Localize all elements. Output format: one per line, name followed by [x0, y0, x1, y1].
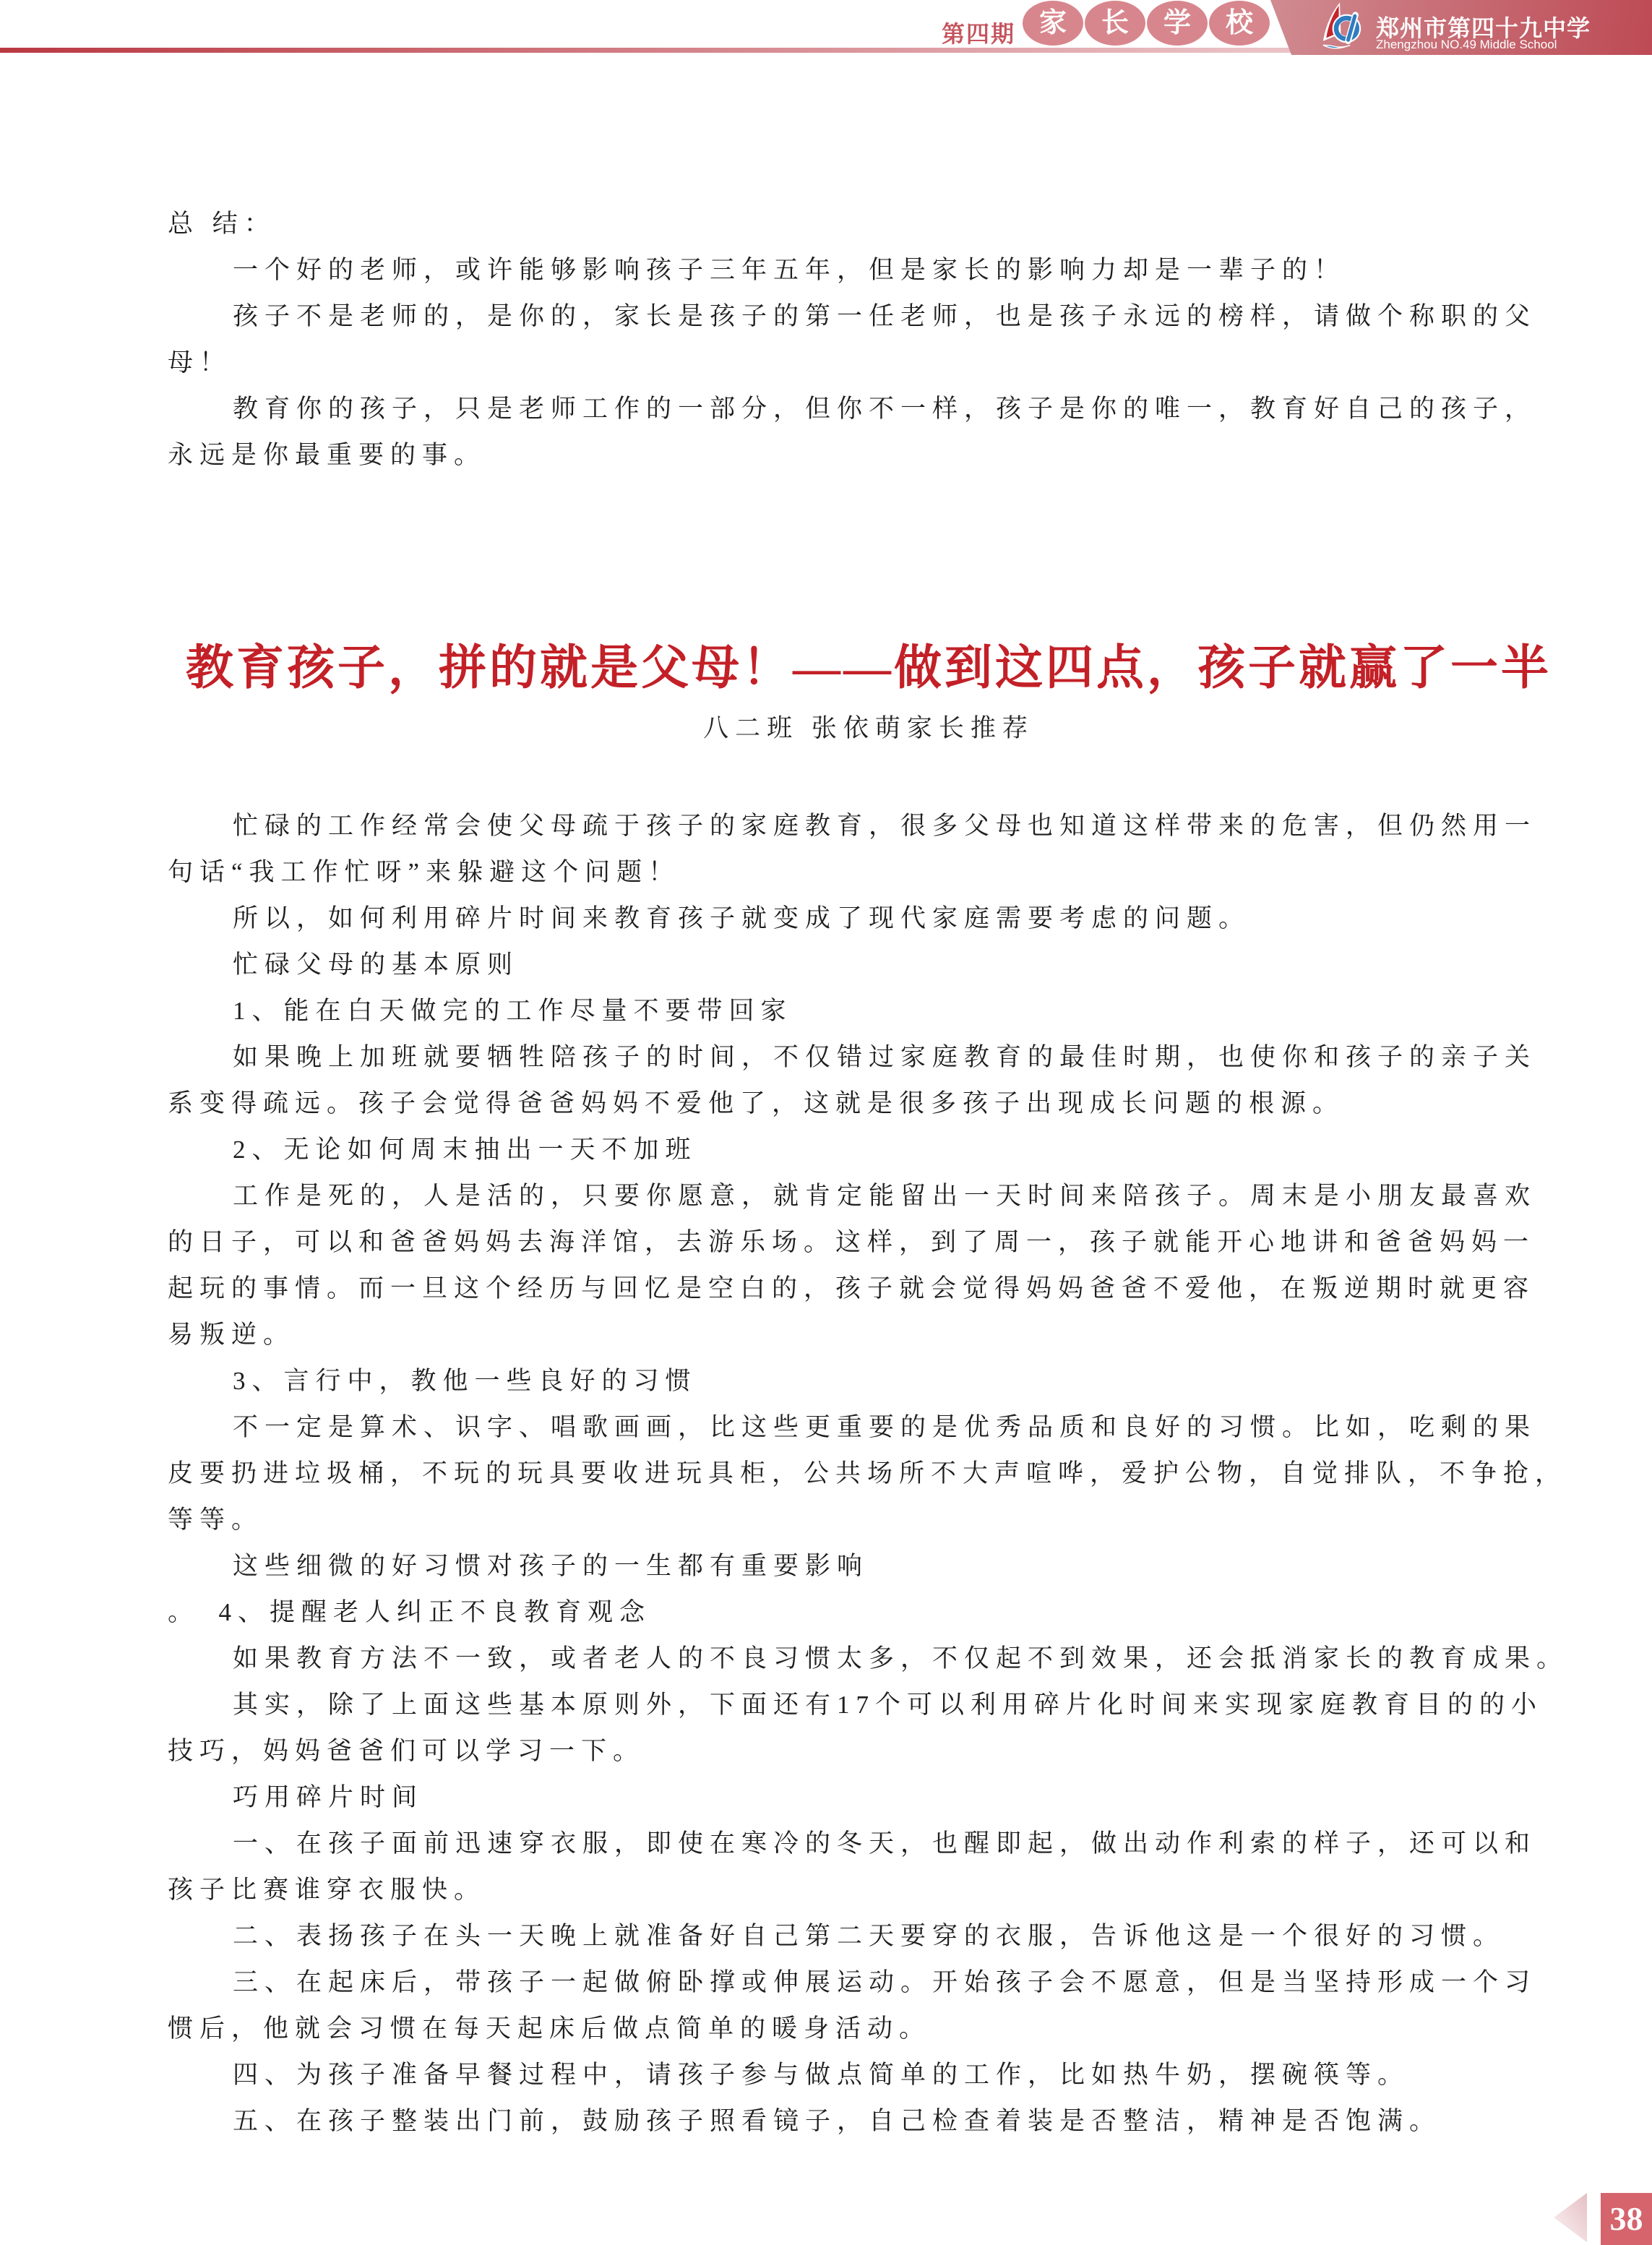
- text-line: 2、无论如何周末抽出一天不加班: [168, 1127, 1570, 1173]
- text-line: 忙碌父母的基本原则: [168, 942, 1570, 988]
- school-name-en: Zhengzhou NO.49 Middle School: [1376, 38, 1557, 52]
- text-line: 总 结：: [168, 201, 1570, 247]
- text-line: 的日子，可以和爸爸妈妈去海洋馆，去游乐场。这样，到了周一，孩子就能开心地讲和爸爸…: [168, 1219, 1570, 1266]
- magazine-page: 第四期 家长学校 郑州市第四十九中学 Zhengzhou NO.49 Middl…: [0, 0, 1652, 2245]
- text-line: 孩子不是老师的，是你的，家长是孩子的第一任老师，也是孩子永远的榜样，请做个称职的…: [168, 293, 1570, 340]
- text-line: 母！: [168, 340, 1570, 386]
- text-line: 二、表扬孩子在头一天晚上就准备好自己第二天要穿的衣服，告诉他这是一个很好的习惯。: [168, 1913, 1570, 1959]
- text-line: 1、能在白天做完的工作尽量不要带回家: [168, 988, 1570, 1034]
- text-line: 句话“我工作忙呀”来躲避这个问题！: [168, 849, 1570, 896]
- text-line: 永远是你最重要的事。: [168, 432, 1570, 478]
- article-body: 忙碌的工作经常会使父母疏于孩子的家庭教育，很多父母也知道这样带来的危害，但仍然用…: [168, 803, 1570, 2145]
- text-line: 。 4、提醒老人纠正不良教育观念: [168, 1589, 1570, 1636]
- page-corner-triangle-icon: [1554, 2193, 1587, 2242]
- article-byline: 八二班 张依萌家长推荐: [168, 708, 1570, 744]
- text-line: 3、言行中，教他一些良好的习惯: [168, 1358, 1570, 1404]
- text-line: 教育你的孩子，只是老师工作的一部分，但你不一样，孩子是你的唯一，教育好自己的孩子…: [168, 386, 1570, 432]
- text-line: 起玩的事情。而一旦这个经历与回忆是空白的，孩子就会觉得妈妈爸爸不爱他，在叛逆期时…: [168, 1266, 1570, 1312]
- text-line: 惯后，他就会习惯在每天起床后做点简单的暖身活动。: [168, 2006, 1570, 2052]
- text-line: 三、在起床后，带孩子一起做俯卧撑或伸展运动。开始孩子会不愿意，但是当坚持形成一个…: [168, 1959, 1570, 2006]
- text-line: 一个好的老师，或许能够影响孩子三年五年，但是家长的影响力却是一辈子的！: [168, 247, 1570, 293]
- summary-block: 总 结：一个好的老师，或许能够影响孩子三年五年，但是家长的影响力却是一辈子的！孩…: [168, 201, 1570, 478]
- text-line: 忙碌的工作经常会使父母疏于孩子的家庭教育，很多父母也知道这样带来的危害，但仍然用…: [168, 803, 1570, 849]
- text-line: 不一定是算术、识字、唱歌画画，比这些更重要的是优秀品质和良好的习惯。比如，吃剩的…: [168, 1404, 1570, 1451]
- text-line: 如果教育方法不一致，或者老人的不良习惯太多，不仅起不到效果，还会抵消家长的教育成…: [168, 1636, 1570, 1682]
- text-line: 一、在孩子面前迅速穿衣服，即使在寒冷的冬天，也醒即起，做出动作利索的样子，还可以…: [168, 1821, 1570, 1867]
- masthead-badge: 学: [1147, 1, 1208, 46]
- article-title: 教育孩子，拼的就是父母！——做到这四点，孩子就赢了一半: [168, 629, 1570, 697]
- text-line: 其实，除了上面这些基本原则外，下面还有17个可以利用碎片化时间来实现家庭教育目的…: [168, 1682, 1570, 1728]
- text-line: 如果晚上加班就要牺牲陪孩子的时间，不仅错过家庭教育的最佳时期，也使你和孩子的亲子…: [168, 1034, 1570, 1081]
- school-sailboat-49-logo-icon: [1314, 1, 1366, 53]
- text-line: 四、为孩子准备早餐过程中，请孩子参与做点简单的工作，比如热牛奶，摆碗筷等。: [168, 2052, 1570, 2098]
- text-line: 技巧，妈妈爸爸们可以学习一下。: [168, 1728, 1570, 1774]
- text-line: 系变得疏远。孩子会觉得爸爸妈妈不爱他了，这就是很多孩子出现成长问题的根源。: [168, 1081, 1570, 1127]
- text-line: 这些细微的好习惯对孩子的一生都有重要影响: [168, 1543, 1570, 1589]
- text-line: 所以，如何利用碎片时间来教育孩子就变成了现代家庭需要考虑的问题。: [168, 896, 1570, 942]
- text-line: 孩子比赛谁穿衣服快。: [168, 1867, 1570, 1913]
- page-number: 38: [1601, 2193, 1652, 2245]
- issue-label: 第四期: [942, 16, 1015, 49]
- masthead-badge: 家: [1023, 1, 1083, 46]
- text-line: 五、在孩子整装出门前，鼓励孩子照看镜子，自己检查着装是否整洁，精神是否饱满。: [168, 2098, 1570, 2145]
- masthead-badge: 长: [1085, 1, 1145, 46]
- text-line: 等等。: [168, 1497, 1570, 1543]
- text-line: 巧用碎片时间: [168, 1774, 1570, 1821]
- masthead-badge: 校: [1209, 1, 1270, 46]
- text-line: 皮要扔进垃圾桶，不玩的玩具要收进玩具柜，公共场所不大声喧哗，爱护公物，自觉排队，…: [168, 1451, 1570, 1497]
- text-line: 易叛逆。: [168, 1312, 1570, 1358]
- text-line: 工作是死的，人是活的，只要你愿意，就肯定能留出一天时间来陪孩子。周末是小朋友最喜…: [168, 1173, 1570, 1219]
